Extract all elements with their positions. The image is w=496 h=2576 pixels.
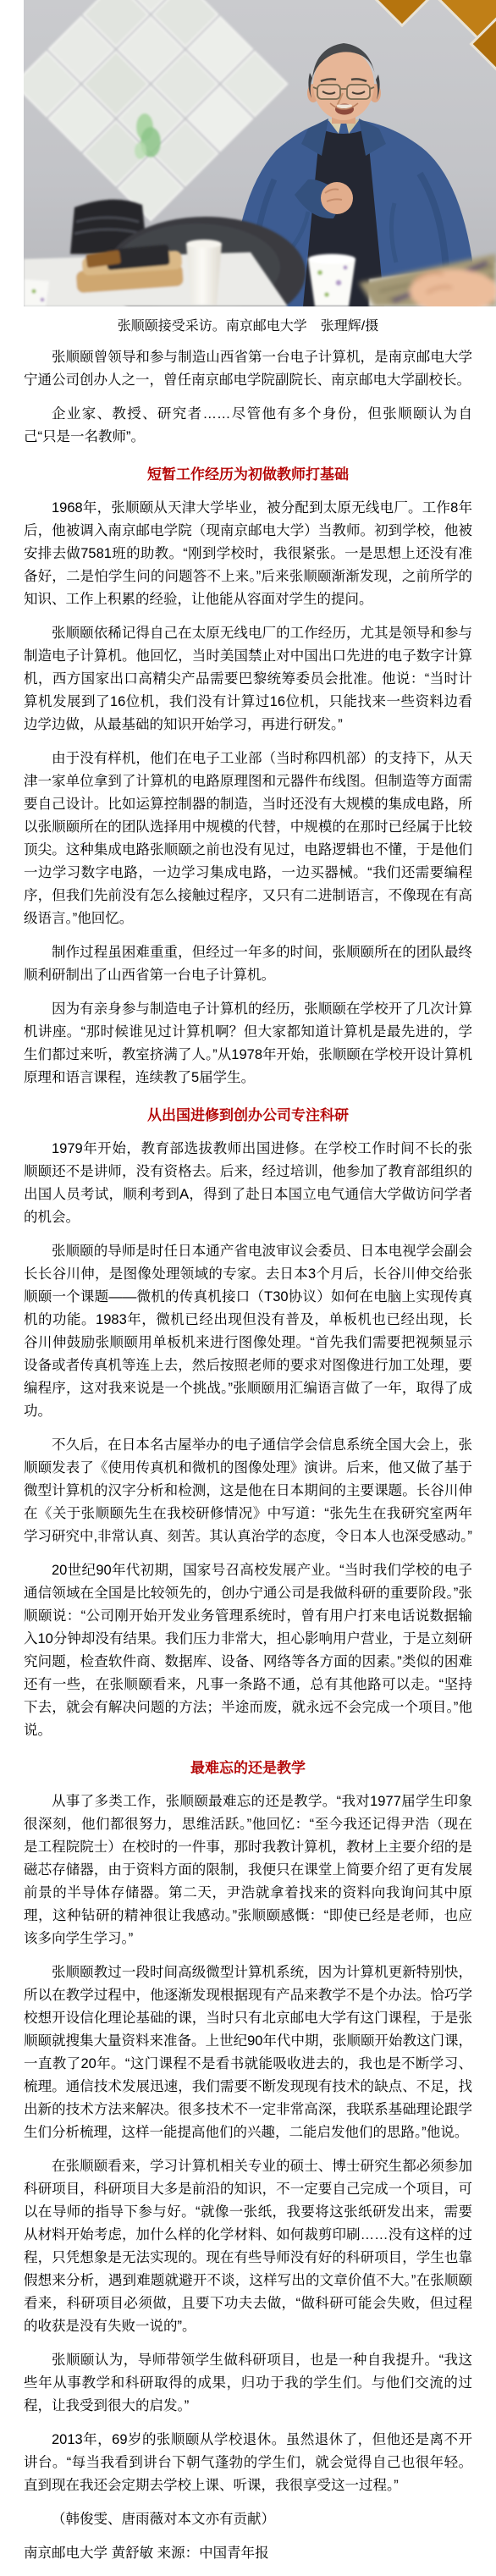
article-photo [0, 0, 496, 306]
paragraph: 企业家、教授、研究者……尽管他有多个身份，但张顺颐认为自己“只是一名教师”。 [24, 403, 472, 449]
paragraph: 在张顺颐看来，学习计算机相关专业的硕士、博士研究生都必须参加科研项目，科研项目大… [24, 2155, 472, 2338]
paragraph: 张顺颐的导师是时任日本通产省电波审议会委员、日本电视学会副会长长谷川伸，是图像处… [24, 1240, 472, 1423]
section-heading-3: 最难忘的还是教学 [24, 1759, 472, 1778]
paragraph: 20世纪90年代初期，国家号召高校发展产业。“当时我们学校的电子通信领域在全国是… [24, 1559, 472, 1742]
article-page: 张顺颐接受采访。南京邮电大学 张理辉/摄 张顺颐曾领导和参与制造山西省第一台电子… [0, 0, 496, 2565]
section-heading-1: 短暂工作经历为初做教师打基础 [24, 466, 472, 484]
paragraph: 不久后，在日本名古屋举办的电子通信学会信息系统全国大会上，张顺颐发表了《使用传真… [24, 1434, 472, 1548]
paragraph: 由于没有样机，他们在电子工业部（当时称四机部）的支持下，从天津一家单位拿到了计算… [24, 747, 472, 930]
paragraph: 张顺颐曾领导和参与制造山西省第一台电子计算机，是南京邮电大学宁通公司创办人之一，… [24, 346, 472, 392]
article-body: 张顺颐曾领导和参与制造山西省第一台电子计算机，是南京邮电大学宁通公司创办人之一，… [24, 346, 472, 2565]
raised-hand [321, 182, 353, 214]
paragraph: 制作过程虽困难重重，但经过一年多的时间，张顺颐所在的团队最终顺利研制出了山西省第… [24, 941, 472, 987]
paragraph: 1979年开始，教育部选拔教师出国进修。在学校工作时间不长的张顺颐还不是讲师，没… [24, 1138, 472, 1229]
paragraph: 张顺颐教过一段时间高级微型计算机系统，因为计算机更新特别快，所以在教学过程中，他… [24, 1961, 472, 2144]
paragraph: 因为有亲身参与制造电子计算机的经历，张顺颐在学校开了几次计算机讲座。“那时候谁见… [24, 998, 472, 1089]
paragraph: 2013年，69岁的张顺颐从学校退休。虽然退休了，但他还是离不开讲台。“每当我看… [24, 2429, 472, 2497]
interview-photo-illustration [24, 0, 496, 306]
paragraph: 张顺颐依稀记得自己在太原无线电厂的工作经历，尤其是领导和参与制造电子计算机。他回… [24, 622, 472, 736]
paper-cup-edge [24, 279, 49, 306]
paragraph: 从事了多类工作，张顺颐最难忘的还是教学。“我对1977届学生印象很深刻，他们都很… [24, 1790, 472, 1950]
photo-caption: 张顺颐接受采访。南京邮电大学 张理辉/摄 [24, 318, 472, 335]
paragraph: 张顺颐认为，导师带领学生做科研项目，也是一种自我提升。“我这些年从事教学和科研取… [24, 2349, 472, 2418]
contributors-note: （韩俊雯、唐雨薇对本文亦有贡献） [24, 2508, 472, 2531]
paper-cup-left [186, 240, 222, 305]
byline: 南京邮电大学 黄舒敏 来源：中国青年报 [24, 2542, 472, 2565]
paper-cup-dotted [308, 254, 355, 306]
section-heading-2: 从出国进修到创办公司专注科研 [24, 1106, 472, 1125]
paragraph: 1968年，张顺颐从天津大学毕业，被分配到太原无线电厂。工作8年后，他被调入南京… [24, 497, 472, 611]
